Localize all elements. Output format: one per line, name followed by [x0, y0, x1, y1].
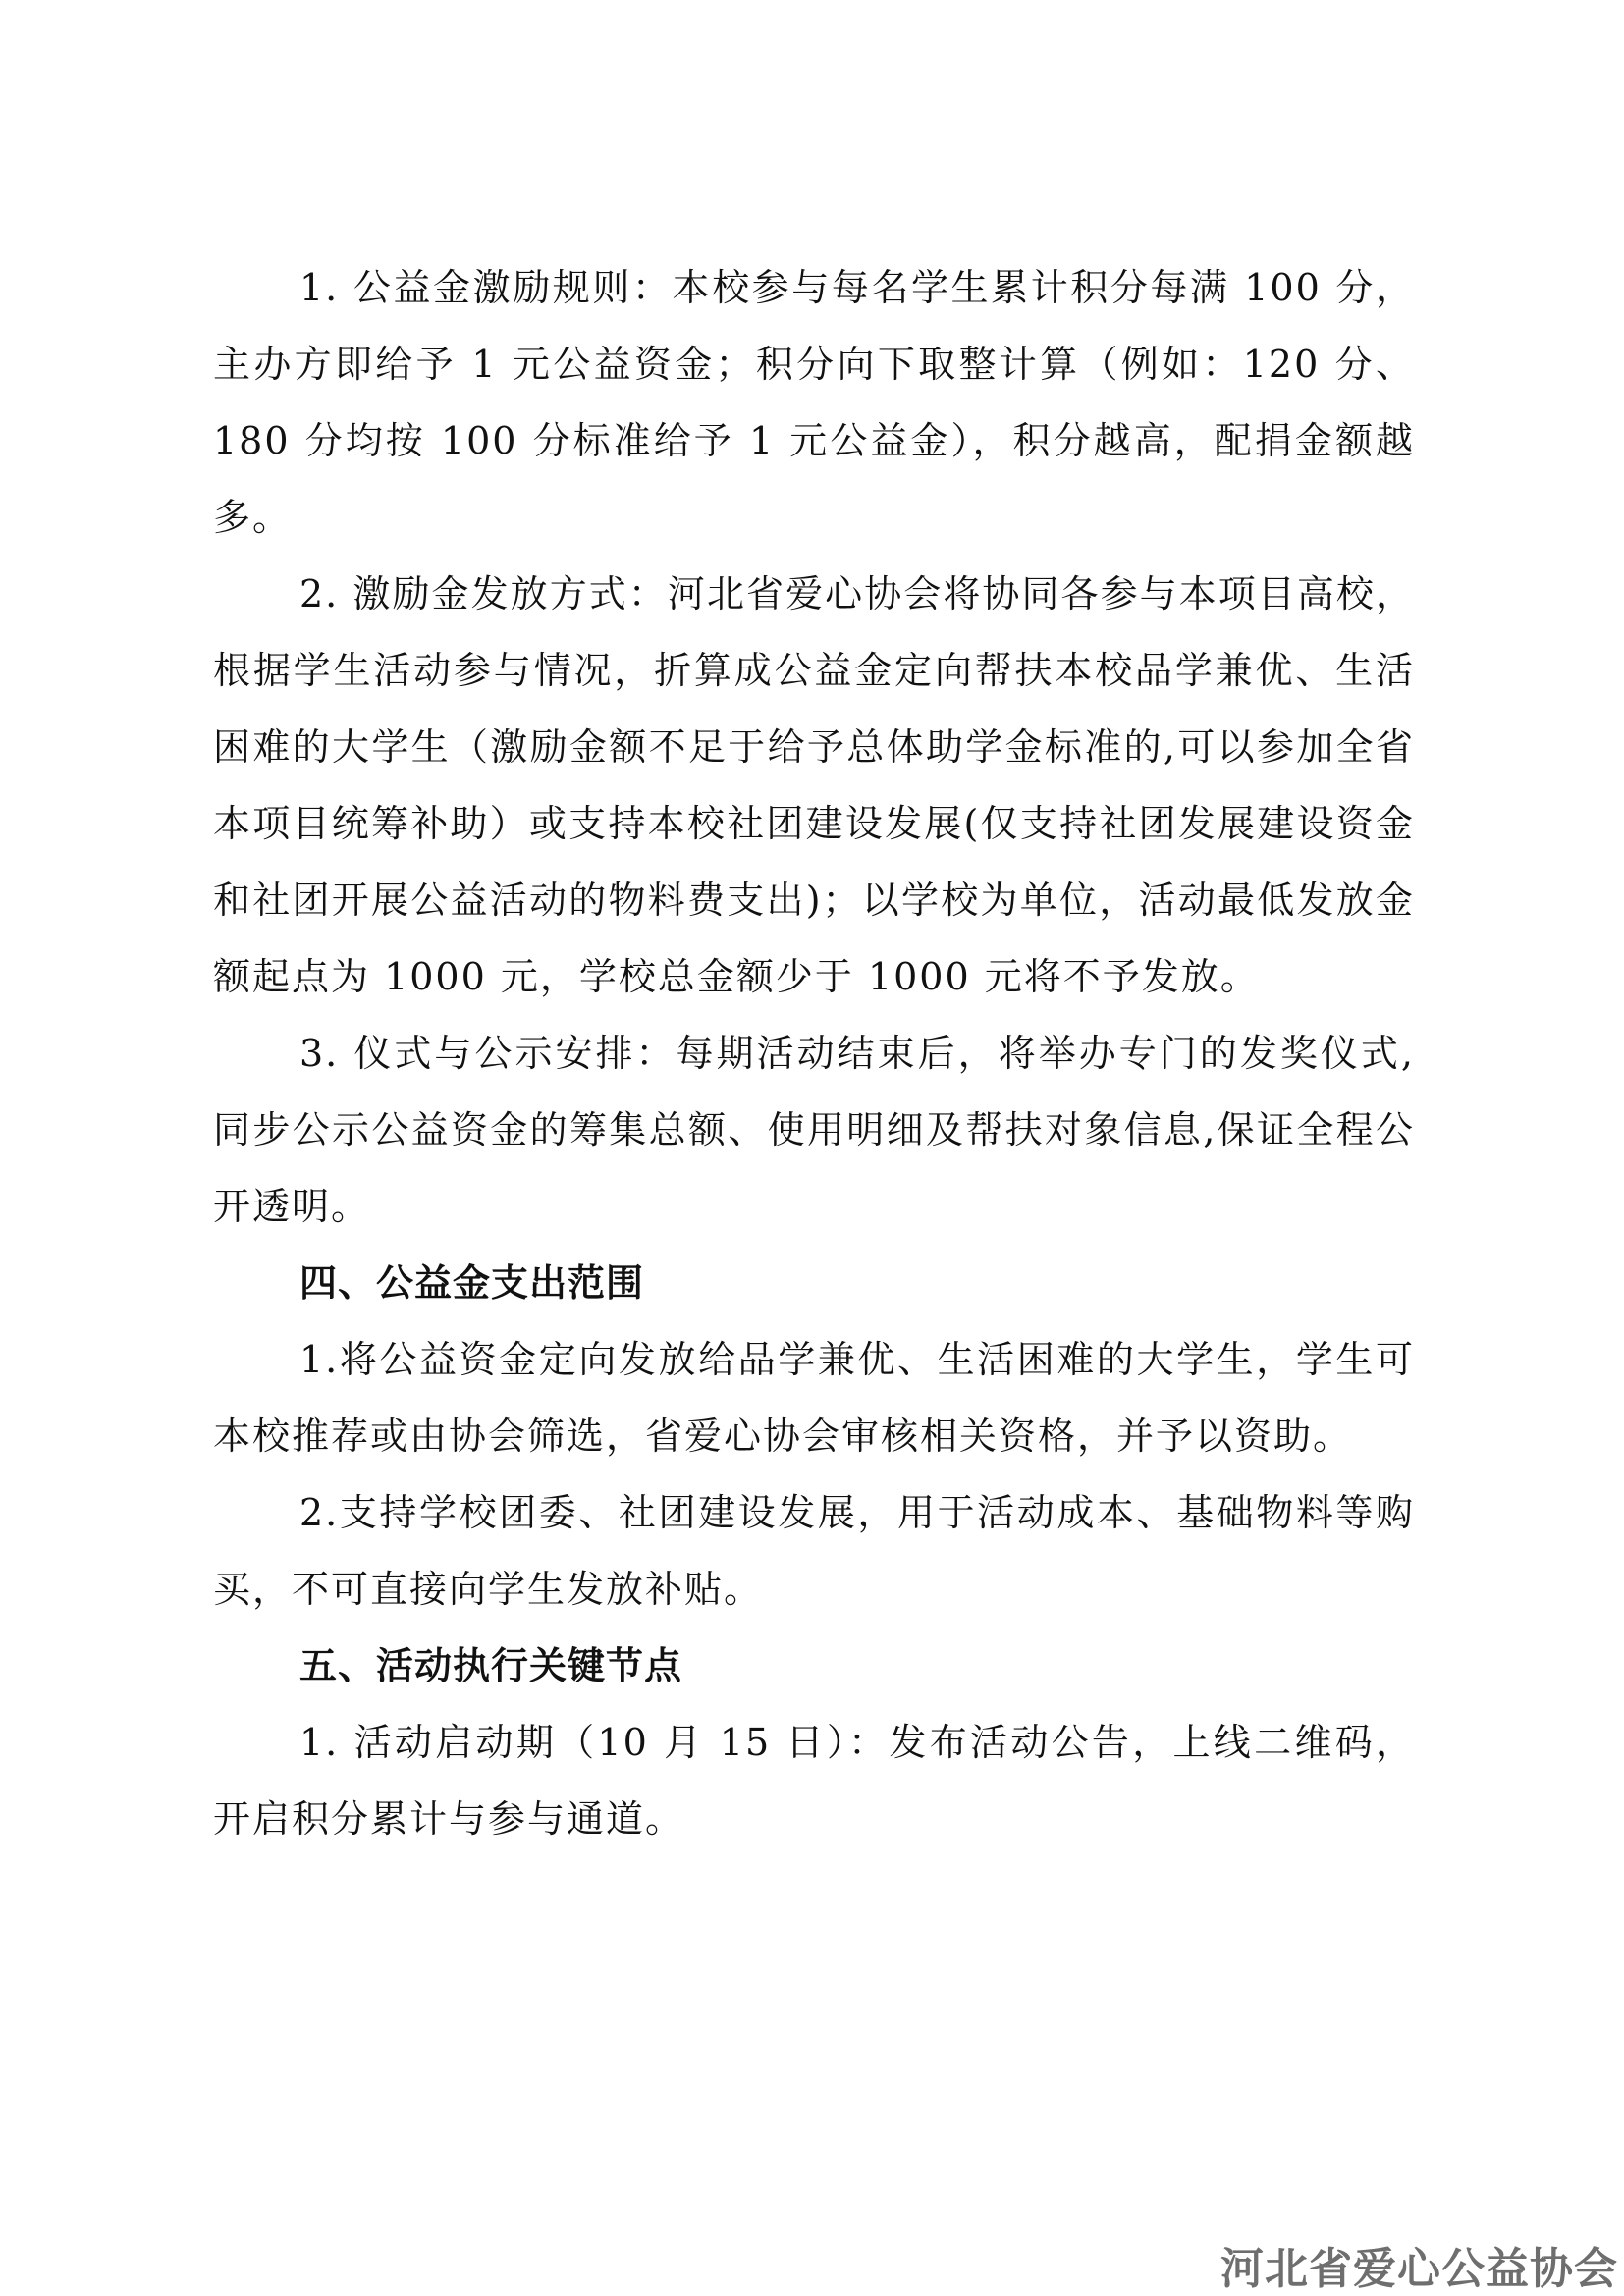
document-page: 1. 公益金激励规则：本校参与每名学生累计积分每满 100 分，主办方即给予 1… — [0, 0, 1624, 2296]
section-heading-expenditure-scope: 四、公益金支出范围 — [213, 1245, 1415, 1321]
paragraph-incentive-rules: 1. 公益金激励规则：本校参与每名学生累计积分每满 100 分，主办方即给予 1… — [213, 249, 1415, 556]
organization-watermark: 河北省爱心公益协会 — [1220, 2245, 1618, 2294]
paragraph-student-aid: 1.将公益资金定向发放给品学兼优、生活困难的大学生，学生可本校推荐或由协会筛选，… — [213, 1321, 1415, 1474]
section-heading-key-milestones: 五、活动执行关键节点 — [213, 1628, 1415, 1704]
paragraph-distribution-method: 2. 激励金发放方式：河北省爱心协会将协同各参与本项目高校，根据学生活动参与情况… — [213, 556, 1415, 1015]
document-body: 1. 公益金激励规则：本校参与每名学生累计积分每满 100 分，主办方即给予 1… — [213, 249, 1415, 1857]
paragraph-launch-phase: 1. 活动启动期（10 月 15 日）：发布活动公告，上线二维码，开启积分累计与… — [213, 1704, 1415, 1857]
paragraph-club-support: 2.支持学校团委、社团建设发展，用于活动成本、基础物料等购买，不可直接向学生发放… — [213, 1474, 1415, 1628]
paragraph-ceremony-publicity: 3. 仪式与公示安排：每期活动结束后，将举办专门的发奖仪式,同步公示公益资金的筹… — [213, 1015, 1415, 1245]
